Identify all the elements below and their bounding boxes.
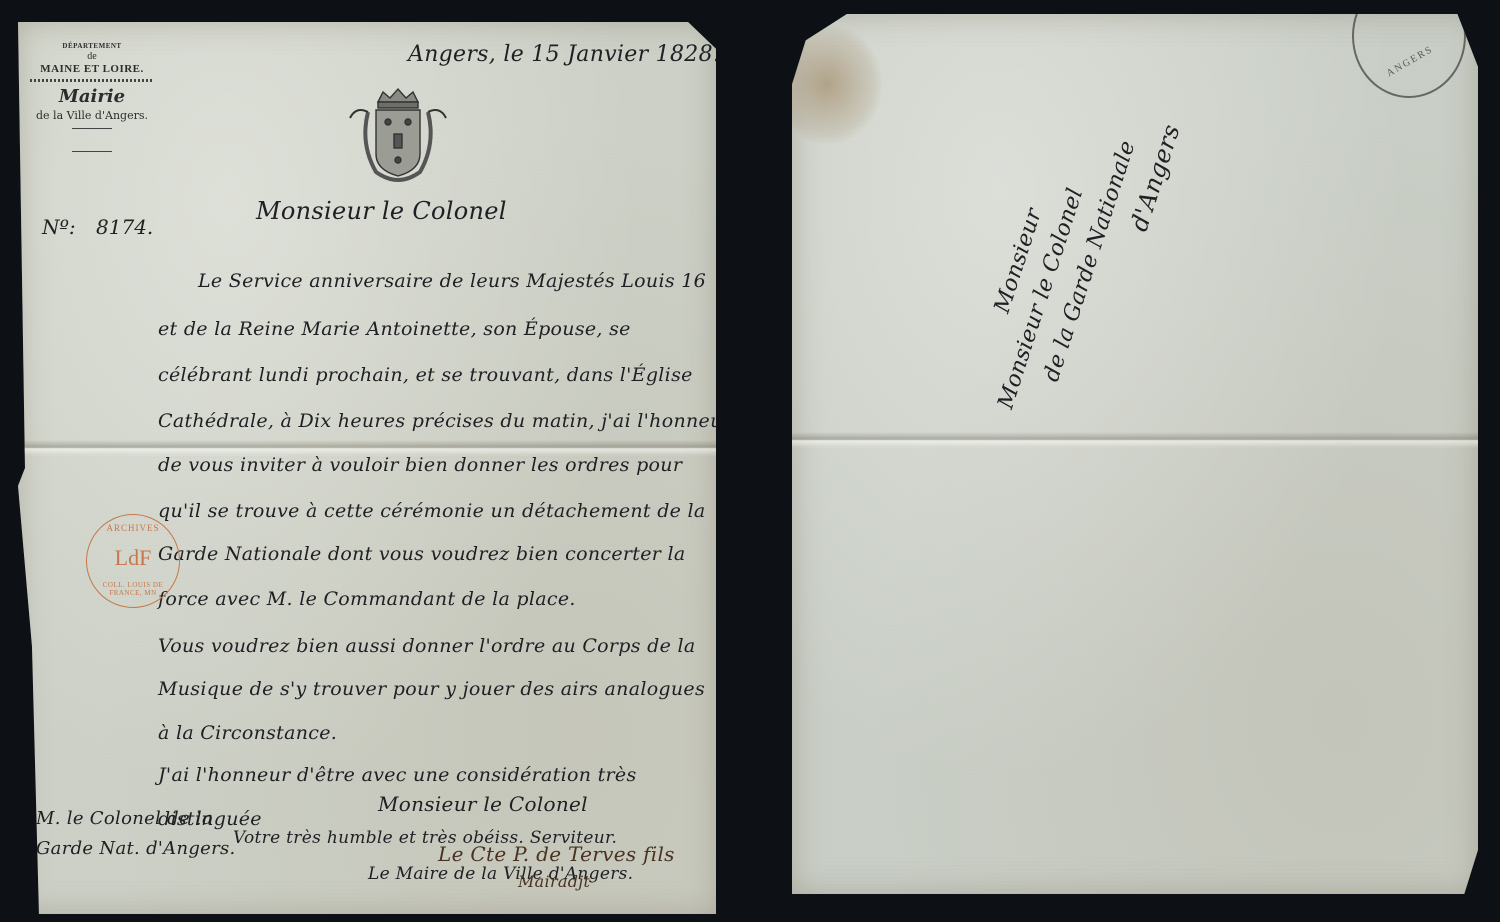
- body-line: de vous inviter à vouloir bien donner le…: [158, 454, 682, 476]
- reference-number: Nº: 8174.: [42, 215, 153, 239]
- letterhead-city: de la Ville d'Angers.: [28, 109, 156, 122]
- letterhead-de: de: [28, 51, 156, 62]
- date-line: Angers, le 15 Janvier 1828.: [408, 42, 716, 67]
- addressee-note-line2: Garde Nat. d'Angers.: [36, 838, 236, 859]
- numero-label: Nº:: [42, 215, 76, 239]
- paper-fold-line: [792, 432, 1478, 448]
- body-line: Garde Nationale dont vous voudrez bien c…: [158, 543, 685, 565]
- closing-title: Le Maire de la Ville d'Angers.: [368, 864, 633, 884]
- letterhead-department-name: MAINE ET LOIRE.: [28, 63, 156, 75]
- address-line: d'Angers: [1125, 14, 1229, 235]
- letterhead-office: Mairie: [28, 86, 156, 107]
- letterhead-divider: [30, 79, 154, 82]
- body-line: et de la Reine Marie Antoinette, son Épo…: [158, 318, 631, 340]
- signature-subtitle: Mairadjt: [518, 872, 590, 891]
- archive-stamp-monogram: LdF: [87, 545, 179, 571]
- body-line: J'ai l'honneur d'être avec une considéra…: [158, 764, 637, 786]
- wax-seal-stain: [792, 24, 882, 144]
- body-line: qu'il se trouve à cette cérémonie un dét…: [158, 500, 706, 522]
- salutation: Monsieur le Colonel: [256, 197, 507, 225]
- addressee-note-line1: M. le Colonel de la: [36, 808, 213, 829]
- numero-rule: [72, 151, 112, 152]
- signature: Le Cte P. de Terves fils: [438, 842, 675, 866]
- body-line: à la Circonstance.: [158, 722, 337, 744]
- postmark-text: ANGERS: [1385, 44, 1436, 80]
- letter-front-page: DÉPARTEMENT de MAINE ET LOIRE. Mairie de…: [18, 22, 716, 914]
- body-line: célébrant lundi prochain, et se trouvant…: [158, 364, 693, 386]
- letterhead-department-label: DÉPARTEMENT: [28, 42, 156, 50]
- body-line: force avec M. le Commandant de la place.: [158, 588, 576, 610]
- archive-stamp-bottom: COLL. LOUIS DE FRANCE, MN: [87, 581, 179, 597]
- coat-of-arms-icon: [338, 84, 458, 192]
- letterhead: DÉPARTEMENT de MAINE ET LOIRE. Mairie de…: [28, 42, 156, 152]
- body-line: Vous voudrez bien aussi donner l'ordre a…: [158, 635, 696, 657]
- address-block: Monsieur Monsieur le Colonel de la Garde…: [962, 155, 1138, 426]
- letter-back-page: ANGERS Monsieur Monsieur le Colonel de l…: [792, 14, 1478, 894]
- body-line: Le Service anniversaire de leurs Majesté…: [198, 270, 706, 292]
- postmark-stamp: ANGERS: [1352, 14, 1466, 98]
- archive-stamp: ARCHIVES LdF COLL. LOUIS DE FRANCE, MN: [86, 514, 180, 608]
- archive-stamp-top: ARCHIVES: [87, 523, 179, 533]
- body-line: Musique de s'y trouver pour y jouer des …: [158, 678, 705, 700]
- body-line: Cathédrale, à Dix heures précises du mat…: [158, 410, 716, 432]
- numero-value: 8174.: [96, 215, 153, 239]
- letterhead-rule: [72, 128, 112, 129]
- closing-salutation: Monsieur le Colonel: [378, 792, 588, 816]
